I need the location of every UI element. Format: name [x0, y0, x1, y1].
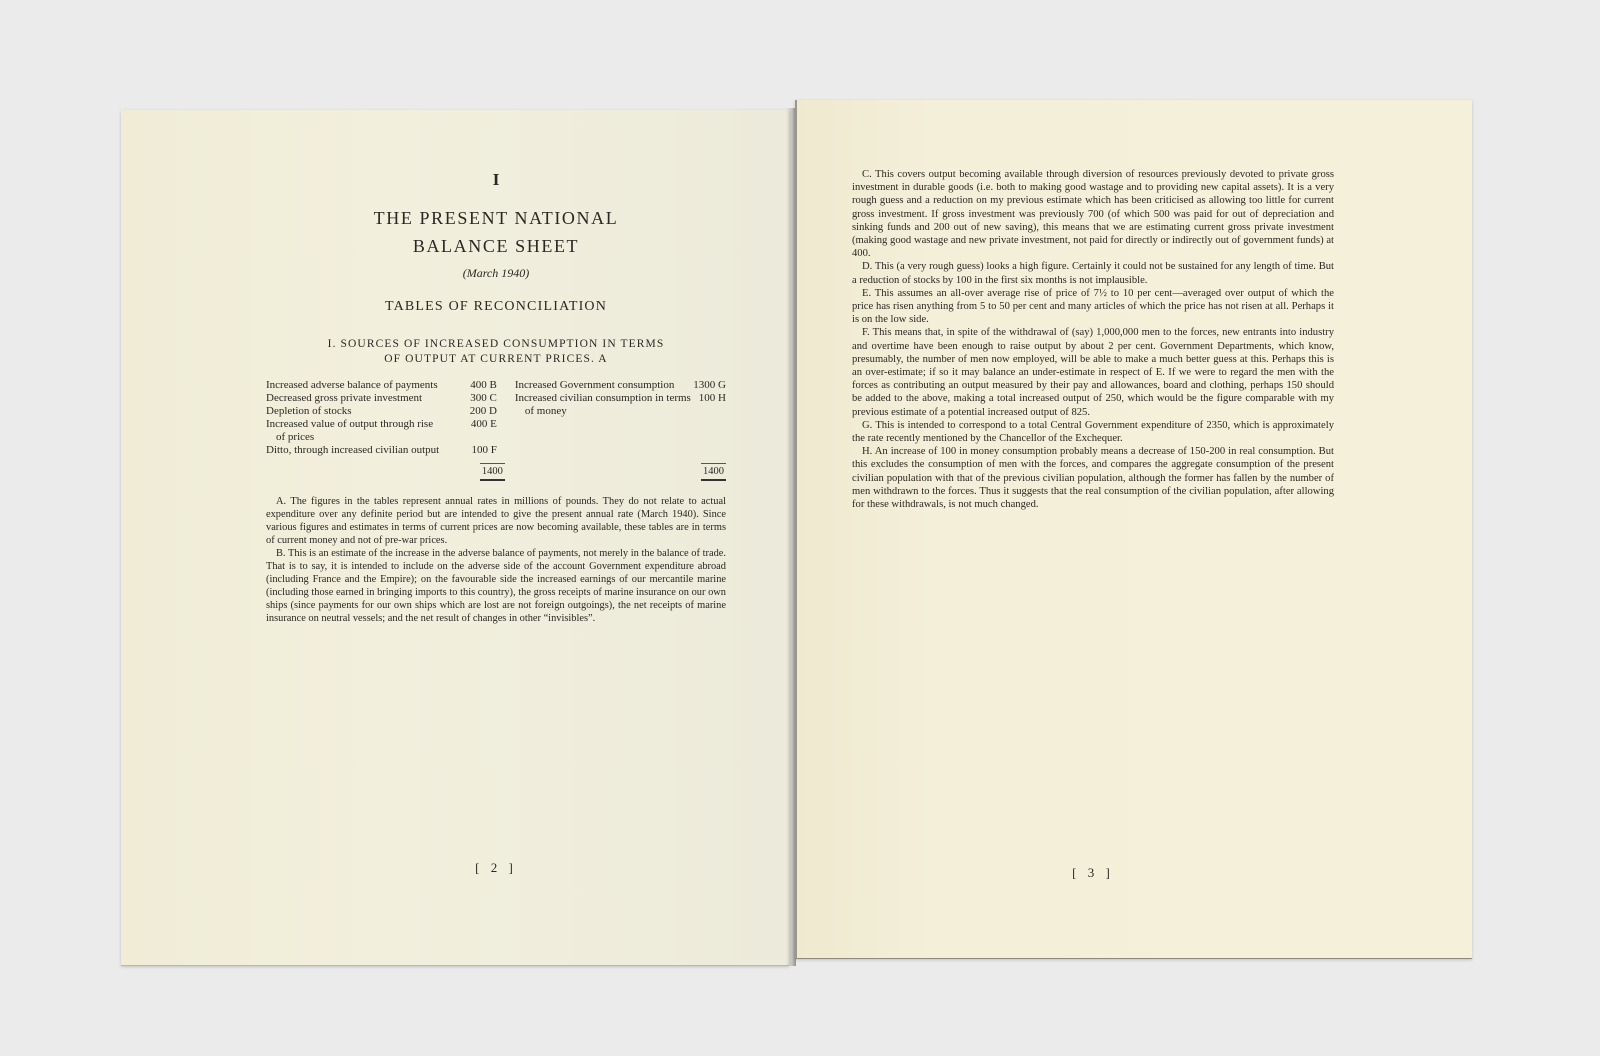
chapter-number: I	[266, 170, 726, 190]
left-notes: A. The figures in the tables represent a…	[266, 495, 726, 625]
left-page-content: I THE PRESENT NATIONAL BALANCE SHEET (Ma…	[266, 170, 726, 625]
page-title-line-1: THE PRESENT NATIONAL	[266, 204, 726, 232]
row-value: 100 F	[439, 444, 505, 457]
table-row: Increased adverse balance of payments 40…	[266, 379, 726, 392]
table-total-row: 1400 1400	[266, 457, 726, 481]
note-e: E. This assumes an all-over average rise…	[852, 287, 1334, 327]
table-row: Decreased gross private investment 300 C…	[266, 392, 726, 405]
left-page: I THE PRESENT NATIONAL BALANCE SHEET (Ma…	[121, 110, 789, 966]
page-number-left: [ 2 ]	[266, 860, 726, 876]
row-value: 300 C	[439, 392, 505, 405]
table-row: Increased value of output through rise o…	[266, 418, 726, 444]
row-label: Decreased gross private investment	[266, 392, 439, 405]
note-a: A. The figures in the tables represent a…	[266, 495, 726, 547]
right-page-content: C. This covers output becoming available…	[852, 168, 1334, 511]
table-heading: I. SOURCES OF INCREASED CONSUMPTION IN T…	[266, 337, 726, 367]
row-label: Depletion of stocks	[266, 405, 439, 418]
right-page: C. This covers output becoming available…	[795, 100, 1472, 959]
right-total: 1400	[701, 463, 726, 481]
page-title-line-2: BALANCE SHEET	[266, 232, 726, 260]
row-value: 400 E	[439, 418, 505, 444]
row-label: Ditto, through increased civilian output	[266, 444, 439, 457]
page-number-right: [ 3 ]	[852, 865, 1334, 881]
row-value: 200 D	[439, 405, 505, 418]
section-subtitle: TABLES OF RECONCILIATION	[266, 299, 726, 315]
table-heading-line-1: I. SOURCES OF INCREASED CONSUMPTION IN T…	[266, 337, 726, 352]
row-label: Increased civilian consumption in terms …	[505, 392, 693, 418]
table-heading-line-2: OF OUTPUT AT CURRENT PRICES. A	[266, 352, 726, 367]
note-f: F. This means that, in spite of the with…	[852, 326, 1334, 418]
note-c: C. This covers output becoming available…	[852, 168, 1334, 260]
row-value: 400 B	[439, 379, 505, 392]
row-label: Increased adverse balance of payments	[266, 379, 439, 392]
date-subtitle: (March 1940)	[266, 266, 726, 281]
left-total: 1400	[480, 463, 505, 481]
row-value: 1300 G	[693, 379, 726, 392]
row-value: 100 H	[693, 392, 726, 418]
row-label: Increased Government consumption	[505, 379, 693, 392]
note-d: D. This (a very rough guess) looks a hig…	[852, 260, 1334, 286]
reconciliation-table: Increased adverse balance of payments 40…	[266, 379, 726, 481]
note-b: B. This is an estimate of the increase i…	[266, 547, 726, 625]
row-label: Increased value of output through rise o…	[266, 418, 439, 444]
table-row: Ditto, through increased civilian output…	[266, 444, 726, 457]
note-g: G. This is intended to correspond to a t…	[852, 419, 1334, 445]
note-h: H. An increase of 100 in money consumpti…	[852, 445, 1334, 511]
